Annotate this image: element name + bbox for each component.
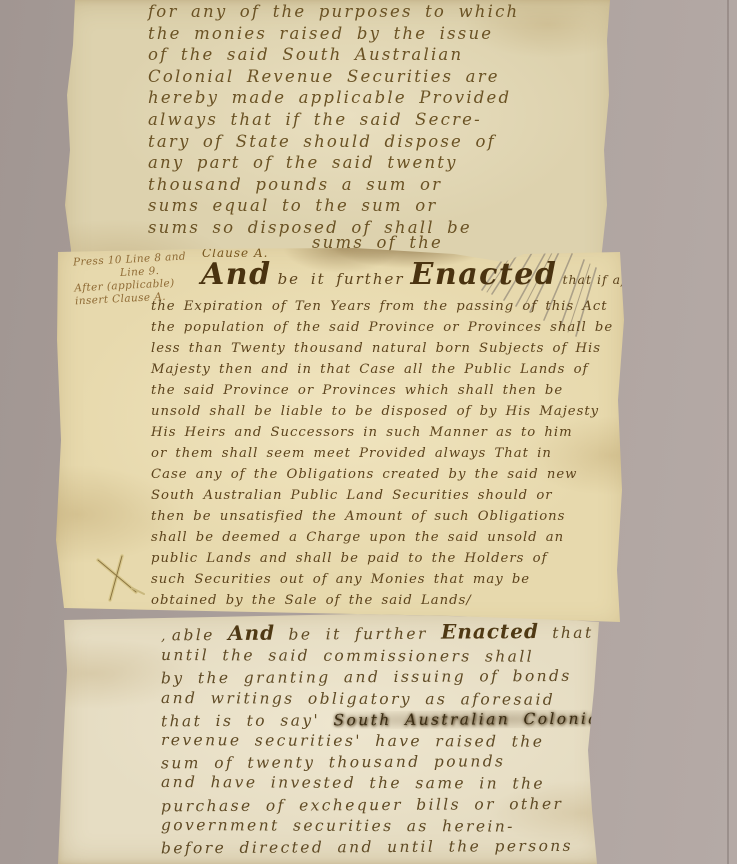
line-prefix: that is to say': [161, 711, 320, 730]
manuscript-line: South Australian Public Land Securities …: [151, 485, 629, 506]
manuscript-line: the population of the said Province or P…: [151, 317, 629, 338]
manuscript-line: unsold shall be liable to be disposed of…: [151, 401, 629, 422]
manuscript-line: such Securities out of any Monies that m…: [151, 569, 629, 590]
manuscript-line: for any of the purposes to which: [148, 1, 626, 23]
catchword-able: able: [172, 626, 215, 644]
manuscript-line: by the granting and issuing of bonds: [161, 666, 606, 690]
insertion-mark: ,: [161, 628, 172, 644]
manuscript-line: less than Twenty thousand natural born S…: [151, 338, 629, 359]
stitch-thread-mark: [88, 548, 148, 608]
manuscript-line: before directed and until the persons: [161, 836, 606, 860]
manuscript-photo: { "photo": { "palette": { "backdrop": "#…: [0, 0, 737, 864]
manuscript-line-with-smudge: that is to say' South Australian Colonia…: [161, 708, 606, 732]
manuscript-line: obtained by the Sale of the said Lands/: [151, 590, 629, 611]
manuscript-line: the monies raised by the issue: [148, 23, 626, 45]
manuscript-opening-line: ,able And be it further Enacted that: [161, 621, 606, 648]
manuscript-line: and writings obligatory as aforesaid: [161, 688, 606, 711]
manuscript-line: thousand pounds a sum or: [148, 174, 626, 196]
opening-mid-text: be it further: [288, 625, 427, 644]
middle-page-text-block: the Expiration of Ten Years from the pas…: [151, 296, 629, 611]
manuscript-line: government securities as herein-: [161, 815, 606, 838]
word-and-flourished: And: [201, 257, 272, 292]
manuscript-line: any part of the said twenty: [148, 152, 626, 174]
manuscript-line: purchase of exchequer bills or other: [161, 793, 606, 817]
manuscript-line: then be unsatisfied the Amount of such O…: [151, 506, 629, 527]
manuscript-line: or them shall seem meet Provided always …: [151, 443, 629, 464]
manuscript-line: Case any of the Obligations created by t…: [151, 464, 629, 485]
manuscript-page-middle: Press 10 Line 8 and Line 9. After (appli…: [54, 240, 628, 632]
manuscript-line: and have invested the same in the: [161, 772, 606, 795]
manuscript-line: sums equal to the sum or: [148, 195, 626, 217]
manuscript-line: the Expiration of Ten Years from the pas…: [151, 296, 629, 317]
top-page-text-block: for any of the purposes to which the mon…: [148, 1, 626, 239]
manuscript-line: hereby made applicable Provided: [148, 87, 626, 109]
manuscript-line: tary of State should dispose of: [148, 131, 626, 153]
heading-trail-text: that if after: [562, 272, 648, 287]
manuscript-line: Colonial Revenue Securities are: [148, 66, 626, 88]
manuscript-line: Majesty then and in that Case all the Pu…: [151, 359, 629, 380]
manuscript-line: of the said South Australian: [148, 44, 626, 66]
manuscript-line: sum of twenty thousand pounds: [161, 751, 606, 775]
manuscript-line: until the said commissioners shall: [161, 645, 606, 668]
manuscript-line: public Lands and shall be paid to the Ho…: [151, 548, 629, 569]
word-enacted-flourished: Enacted: [411, 257, 558, 292]
word-and-flourished: And: [228, 621, 275, 645]
opening-trail-text: that: [552, 624, 593, 642]
manuscript-line: the said Province or Provinces which sha…: [151, 380, 629, 401]
ink-smudged-text: South Australian Colonial: [333, 709, 607, 729]
heading-mid-text: be it further: [272, 270, 411, 288]
manuscript-page-bottom: ,able And be it further Enacted that unt…: [58, 610, 604, 864]
bottom-page-text-block: ,able And be it further Enacted that unt…: [161, 622, 606, 858]
manuscript-line: shall be deemed a Charge upon the said u…: [151, 527, 629, 548]
enacting-heading-line: Andbe it furtherEnacted that if after: [201, 257, 626, 292]
manuscript-line: His Heirs and Successors in such Manner …: [151, 422, 629, 443]
manuscript-line: always that if the said Secre-: [148, 109, 626, 131]
backdrop-shadow-line: [727, 0, 729, 864]
manuscript-line: revenue securities' have raised the: [161, 730, 606, 753]
word-enacted-flourished: Enacted: [441, 619, 539, 644]
